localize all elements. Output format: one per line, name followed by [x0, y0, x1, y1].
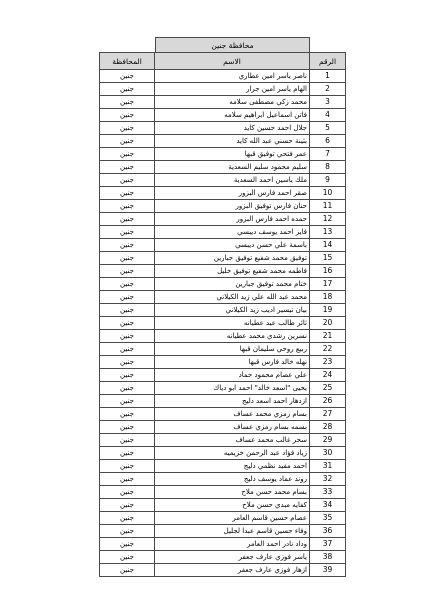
cell-name: جلال احمد حسين كايد	[155, 122, 310, 135]
cell-governorate: جنين	[100, 304, 155, 317]
cell-name: الهام ياسر امين جرار	[155, 83, 310, 96]
cell-number: 22	[310, 343, 346, 356]
cell-number: 39	[310, 564, 346, 577]
cell-name: فايز احمد يوسف ديبسي	[155, 226, 310, 239]
cell-name: علي عصام محمود حماد	[155, 369, 310, 382]
cell-name: سليم محمود سليم السعدية	[155, 161, 310, 174]
table-row: 2الهام ياسر امين جرارجنين	[100, 83, 346, 96]
table-row: 26ازدهار احمد اسعد دليججنين	[100, 395, 346, 408]
table-row: 1ناصر ياسر امين عطاريجنين	[100, 70, 346, 83]
table-row: 7عمر فتحي توفيق قبهاجنين	[100, 148, 346, 161]
cell-number: 26	[310, 395, 346, 408]
cell-number: 31	[310, 460, 346, 473]
table-row: 14باسمة علي حسن ديبسيجنين	[100, 239, 346, 252]
table-row: 8سليم محمود سليم السعديةجنين	[100, 161, 346, 174]
cell-number: 27	[310, 408, 346, 421]
table-row: 16فاطمه محمد شفيع توفيق خليلجنين	[100, 265, 346, 278]
cell-governorate: جنين	[100, 174, 155, 187]
cell-name: ربيع روحي سليمان قبها	[155, 343, 310, 356]
cell-name: ناصر ياسر امين عطاري	[155, 70, 310, 83]
cell-number: 25	[310, 382, 346, 395]
cell-governorate: جنين	[100, 226, 155, 239]
cell-governorate: جنين	[100, 122, 155, 135]
cell-number: 11	[310, 200, 346, 213]
table-row: 10صقر احمد فارس البزورجنين	[100, 187, 346, 200]
table-row: 34كفايه مبدي حسن ملاحجنين	[100, 499, 346, 512]
cell-governorate: جنين	[100, 96, 155, 109]
table-row: 20ثائر طالب عيد عطيانهجنين	[100, 317, 346, 330]
cell-number: 15	[310, 252, 346, 265]
cell-name: يحيى "اسعد خالد" احمد ابو دياك	[155, 382, 310, 395]
table-row: 25يحيى "اسعد خالد" احمد ابو دياكجنين	[100, 382, 346, 395]
cell-governorate: جنين	[100, 408, 155, 421]
cell-governorate: جنين	[100, 148, 155, 161]
cell-number: 38	[310, 551, 346, 564]
cell-number: 34	[310, 499, 346, 512]
cell-name: نسرين رشدي محمد عطيانه	[155, 330, 310, 343]
cell-name: صقر احمد فارس البزور	[155, 187, 310, 200]
cell-name: كفايه مبدي حسن ملاح	[155, 499, 310, 512]
cell-number: 35	[310, 512, 346, 525]
cell-governorate: جنين	[100, 369, 155, 382]
cell-governorate: جنين	[100, 239, 155, 252]
table-row: 28بسمه بسام رمزي عسافجنين	[100, 421, 346, 434]
cell-name: فاتن اسماعيل ابراهيم سلامه	[155, 109, 310, 122]
cell-governorate: جنين	[100, 109, 155, 122]
table-row: 33بسام محمد حسن ملاحجنين	[100, 486, 346, 499]
names-table: الرقم الاسم المحافظة 1ناصر ياسر امين عطا…	[99, 52, 346, 577]
cell-number: 3	[310, 96, 346, 109]
cell-number: 13	[310, 226, 346, 239]
cell-name: فاطمه محمد شفيع توفيق خليل	[155, 265, 310, 278]
cell-number: 5	[310, 122, 346, 135]
table-header: الرقم الاسم المحافظة	[100, 53, 346, 70]
cell-governorate: جنين	[100, 473, 155, 486]
cell-governorate: جنين	[100, 486, 155, 499]
table-body: 1ناصر ياسر امين عطاريجنين2الهام ياسر امي…	[100, 70, 346, 577]
table-row: 30زياد فؤاد عبد الرحمن خزيميهجنين	[100, 447, 346, 460]
table-row: 6بثينة حسني عبد الله كايدجنين	[100, 135, 346, 148]
cell-number: 24	[310, 369, 346, 382]
cell-number: 10	[310, 187, 346, 200]
table-row: 39ازهار فوزي عارف جعفرجنين	[100, 564, 346, 577]
cell-governorate: جنين	[100, 252, 155, 265]
cell-number: 7	[310, 148, 346, 161]
cell-governorate: جنين	[100, 421, 155, 434]
cell-name: نهله خالد فارس قبها	[155, 356, 310, 369]
cell-name: بسمه بسام رمزي عساف	[155, 421, 310, 434]
cell-name: ياسر فوزي عارف جعفر	[155, 551, 310, 564]
cell-name: حمده احمد فارس البزور	[155, 213, 310, 226]
cell-number: 29	[310, 434, 346, 447]
table-row: 22ربيع روحي سليمان قبهاجنين	[100, 343, 346, 356]
cell-governorate: جنين	[100, 447, 155, 460]
cell-name: ازدهار احمد اسعد دليج	[155, 395, 310, 408]
cell-number: 9	[310, 174, 346, 187]
cell-governorate: جنين	[100, 330, 155, 343]
cell-governorate: جنين	[100, 356, 155, 369]
table-row: 13فايز احمد يوسف ديبسيجنين	[100, 226, 346, 239]
cell-name: وفاء حسين قاسم عبدا لجليل	[155, 525, 310, 538]
column-header-name: الاسم	[155, 53, 310, 70]
table-row: 11حنان فارس توفيق البزورجنين	[100, 200, 346, 213]
table-row: 19بيان تيسير اديب زيد الكيلانيجنين	[100, 304, 346, 317]
cell-name: زياد فؤاد عبد الرحمن خزيميه	[155, 447, 310, 460]
cell-name: عصام حسين قاسم العامر	[155, 512, 310, 525]
cell-governorate: جنين	[100, 499, 155, 512]
cell-number: 36	[310, 525, 346, 538]
cell-governorate: جنين	[100, 538, 155, 551]
column-header-governorate: المحافظة	[100, 53, 155, 70]
table-row: 5جلال احمد حسين كايدجنين	[100, 122, 346, 135]
cell-name: روند عماد يوسف دليج	[155, 473, 310, 486]
cell-name: بسام محمد حسن ملاح	[155, 486, 310, 499]
cell-name: محمد عبد الله علي زيد الكيلاني	[155, 291, 310, 304]
table-row: 32روند عماد يوسف دليججنين	[100, 473, 346, 486]
cell-governorate: جنين	[100, 187, 155, 200]
cell-name: ملك ياسين احمد السعدية	[155, 174, 310, 187]
table-row: 29سحر غالب محمد عسافجنين	[100, 434, 346, 447]
table-row: 21نسرين رشدي محمد عطيانهجنين	[100, 330, 346, 343]
cell-number: 16	[310, 265, 346, 278]
cell-governorate: جنين	[100, 70, 155, 83]
region-header-cell: محافظة جنين	[155, 37, 310, 52]
cell-number: 4	[310, 109, 346, 122]
table-row: 3محمد زكي مصطفى سلامهجنين	[100, 96, 346, 109]
cell-governorate: جنين	[100, 460, 155, 473]
cell-number: 1	[310, 70, 346, 83]
table-row: 18محمد عبد الله علي زيد الكيلانيجنين	[100, 291, 346, 304]
cell-governorate: جنين	[100, 161, 155, 174]
cell-number: 23	[310, 356, 346, 369]
cell-name: عمر فتحي توفيق قبها	[155, 148, 310, 161]
cell-number: 2	[310, 83, 346, 96]
cell-name: سحر غالب محمد عساف	[155, 434, 310, 447]
cell-number: 28	[310, 421, 346, 434]
table-row: 4فاتن اسماعيل ابراهيم سلامهجنين	[100, 109, 346, 122]
table-row: 23نهله خالد فارس قبهاجنين	[100, 356, 346, 369]
cell-number: 30	[310, 447, 346, 460]
cell-number: 37	[310, 538, 346, 551]
names-table-sheet: محافظة جنين الرقم الاسم المحافظة 1ناصر ي…	[100, 37, 346, 577]
cell-governorate: جنين	[100, 83, 155, 96]
cell-number: 12	[310, 213, 346, 226]
cell-name: ختام محمد توفيق جبارين	[155, 278, 310, 291]
cell-number: 8	[310, 161, 346, 174]
cell-name: وداد نادر احمد العامر	[155, 538, 310, 551]
table-row: 38ياسر فوزي عارف جعفرجنين	[100, 551, 346, 564]
cell-name: ازهار فوزي عارف جعفر	[155, 564, 310, 577]
table-row: 17ختام محمد توفيق جبارينجنين	[100, 278, 346, 291]
table-row: 37وداد نادر احمد العامرجنين	[100, 538, 346, 551]
cell-governorate: جنين	[100, 434, 155, 447]
cell-governorate: جنين	[100, 551, 155, 564]
table-row: 24علي عصام محمود حمادجنين	[100, 369, 346, 382]
cell-governorate: جنين	[100, 200, 155, 213]
cell-governorate: جنين	[100, 278, 155, 291]
cell-number: 14	[310, 239, 346, 252]
cell-governorate: جنين	[100, 265, 155, 278]
cell-name: ثائر طالب عيد عطيانه	[155, 317, 310, 330]
table-row: 9ملك ياسين احمد السعديةجنين	[100, 174, 346, 187]
cell-number: 18	[310, 291, 346, 304]
cell-name: حنان فارس توفيق البزور	[155, 200, 310, 213]
table-row: 27بسام رمزي محمد عسافجنين	[100, 408, 346, 421]
cell-governorate: جنين	[100, 135, 155, 148]
cell-name: بسام رمزي محمد عساف	[155, 408, 310, 421]
cell-governorate: جنين	[100, 382, 155, 395]
column-header-number: الرقم	[310, 53, 346, 70]
document-page: { "page": { "background": "#ffffff" }, "…	[0, 0, 424, 600]
cell-number: 32	[310, 473, 346, 486]
cell-governorate: جنين	[100, 213, 155, 226]
cell-governorate: جنين	[100, 512, 155, 525]
cell-number: 6	[310, 135, 346, 148]
table-row: 31احمد مفيد نظمي دليججنين	[100, 460, 346, 473]
cell-name: بيان تيسير اديب زيد الكيلاني	[155, 304, 310, 317]
table-row: 36وفاء حسين قاسم عبدا لجليلجنين	[100, 525, 346, 538]
cell-governorate: جنين	[100, 317, 155, 330]
table-row: 12حمده احمد فارس البزورجنين	[100, 213, 346, 226]
cell-name: بثينة حسني عبد الله كايد	[155, 135, 310, 148]
cell-number: 21	[310, 330, 346, 343]
cell-number: 17	[310, 278, 346, 291]
cell-name: محمد زكي مصطفى سلامه	[155, 96, 310, 109]
cell-governorate: جنين	[100, 395, 155, 408]
cell-number: 33	[310, 486, 346, 499]
cell-name: توفيق محمد شفيع توفيق جبارين	[155, 252, 310, 265]
table-row: 15توفيق محمد شفيع توفيق جبارينجنين	[100, 252, 346, 265]
cell-name: باسمة علي حسن ديبسي	[155, 239, 310, 252]
cell-name: احمد مفيد نظمي دليج	[155, 460, 310, 473]
cell-governorate: جنين	[100, 525, 155, 538]
cell-number: 20	[310, 317, 346, 330]
cell-governorate: جنين	[100, 564, 155, 577]
cell-governorate: جنين	[100, 291, 155, 304]
cell-governorate: جنين	[100, 343, 155, 356]
cell-number: 19	[310, 304, 346, 317]
table-row: 35عصام حسين قاسم العامرجنين	[100, 512, 346, 525]
